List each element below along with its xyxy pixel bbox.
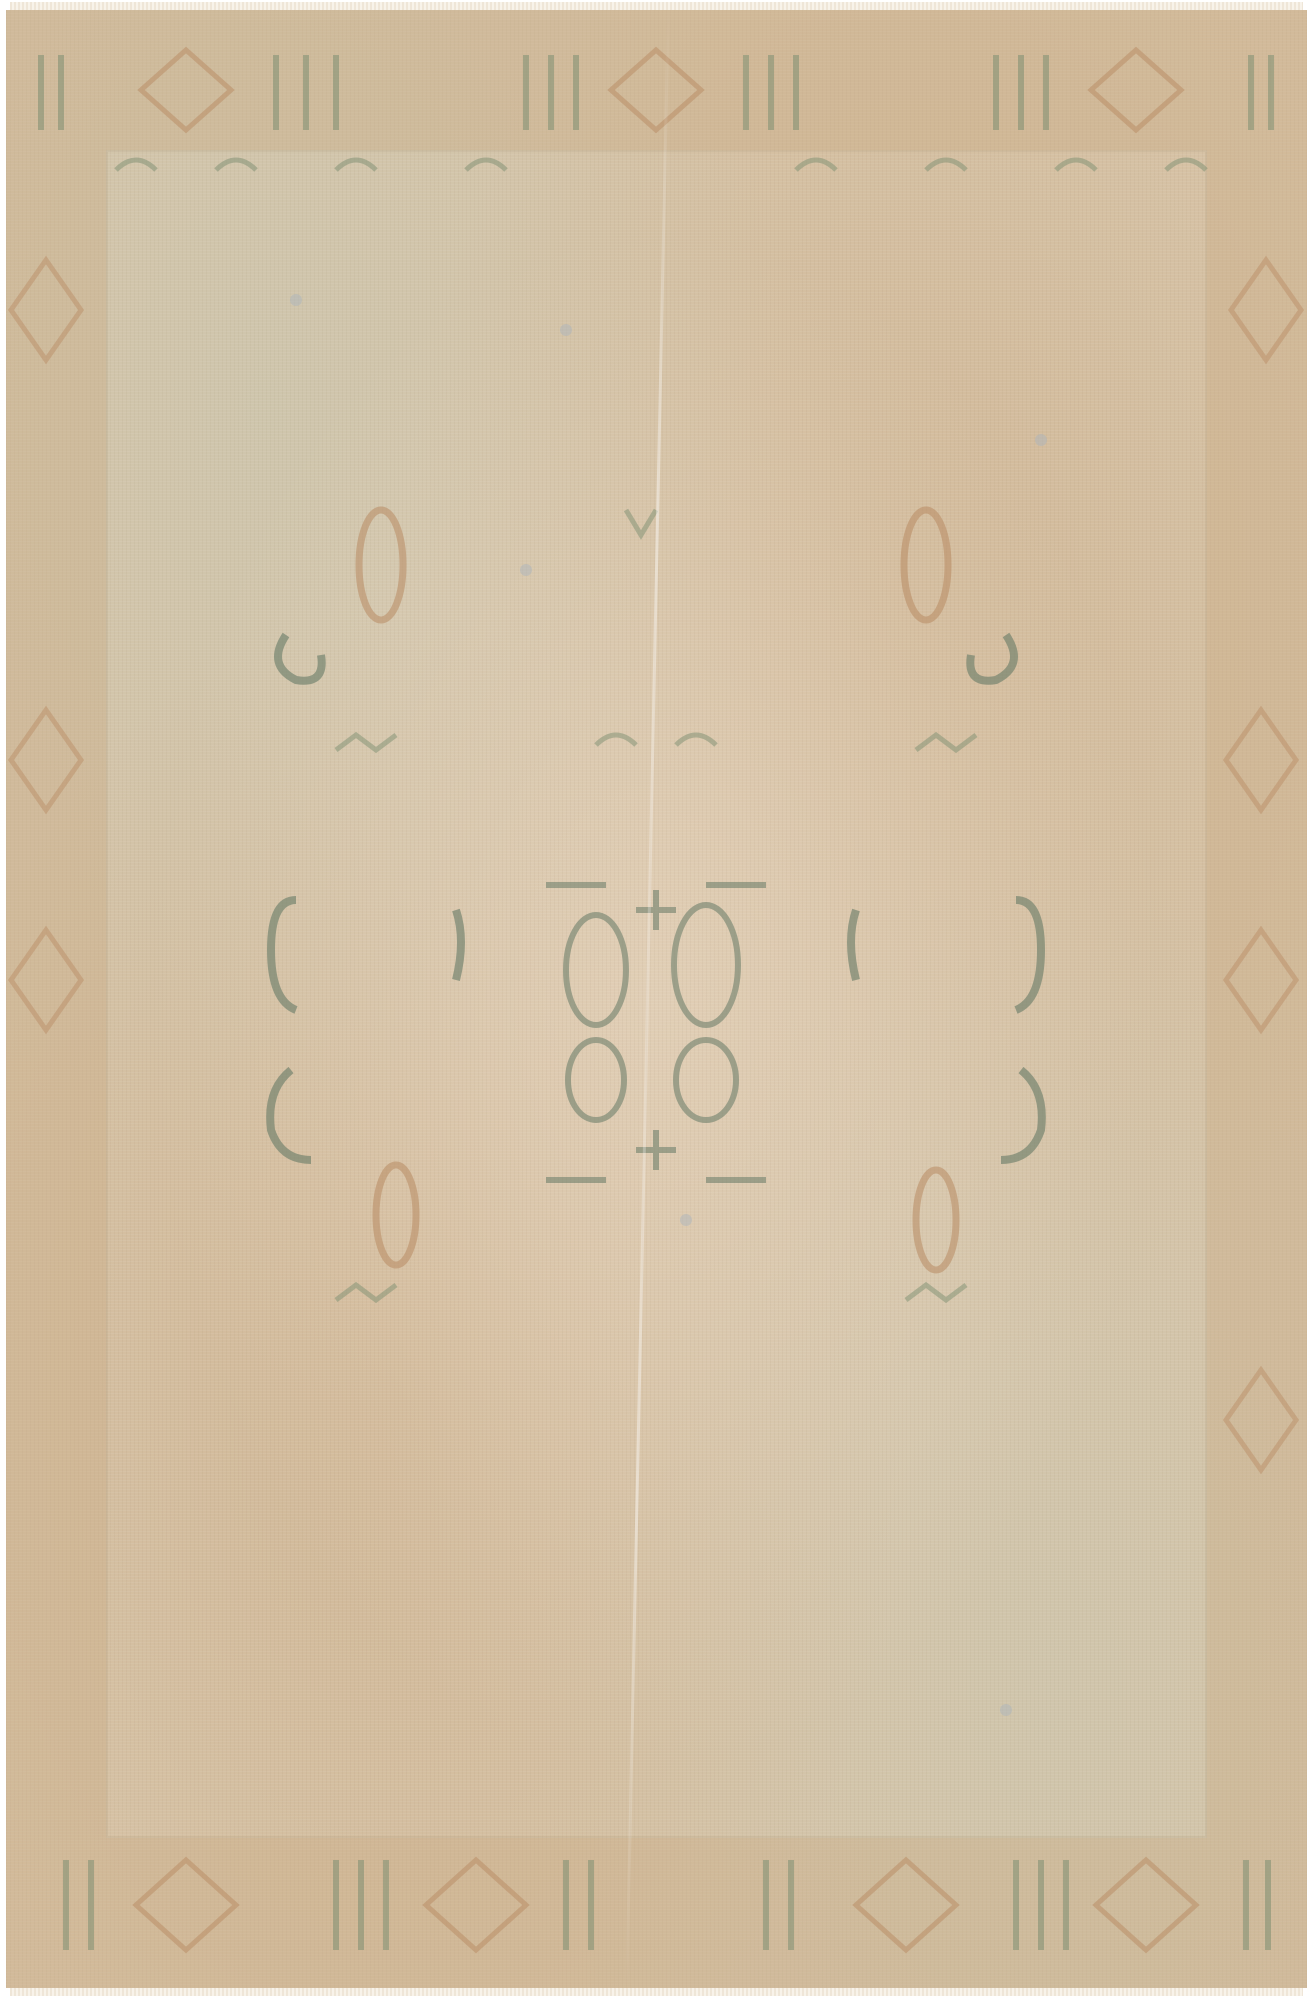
medallion: [546, 885, 766, 1180]
blue-accents: [290, 294, 1047, 1716]
rug-motifs: [6, 10, 1307, 1988]
bottom-diamonds: [136, 1860, 1196, 1950]
side-diamonds: [11, 260, 1301, 1470]
rug-photo: [6, 10, 1307, 1988]
border-scrolls: [116, 160, 1206, 170]
top-fringe: [10, 2, 1303, 10]
top-diamonds: [141, 50, 1181, 130]
bottom-fringe: [10, 1988, 1303, 1996]
bottom-bars: [66, 1860, 1268, 1950]
